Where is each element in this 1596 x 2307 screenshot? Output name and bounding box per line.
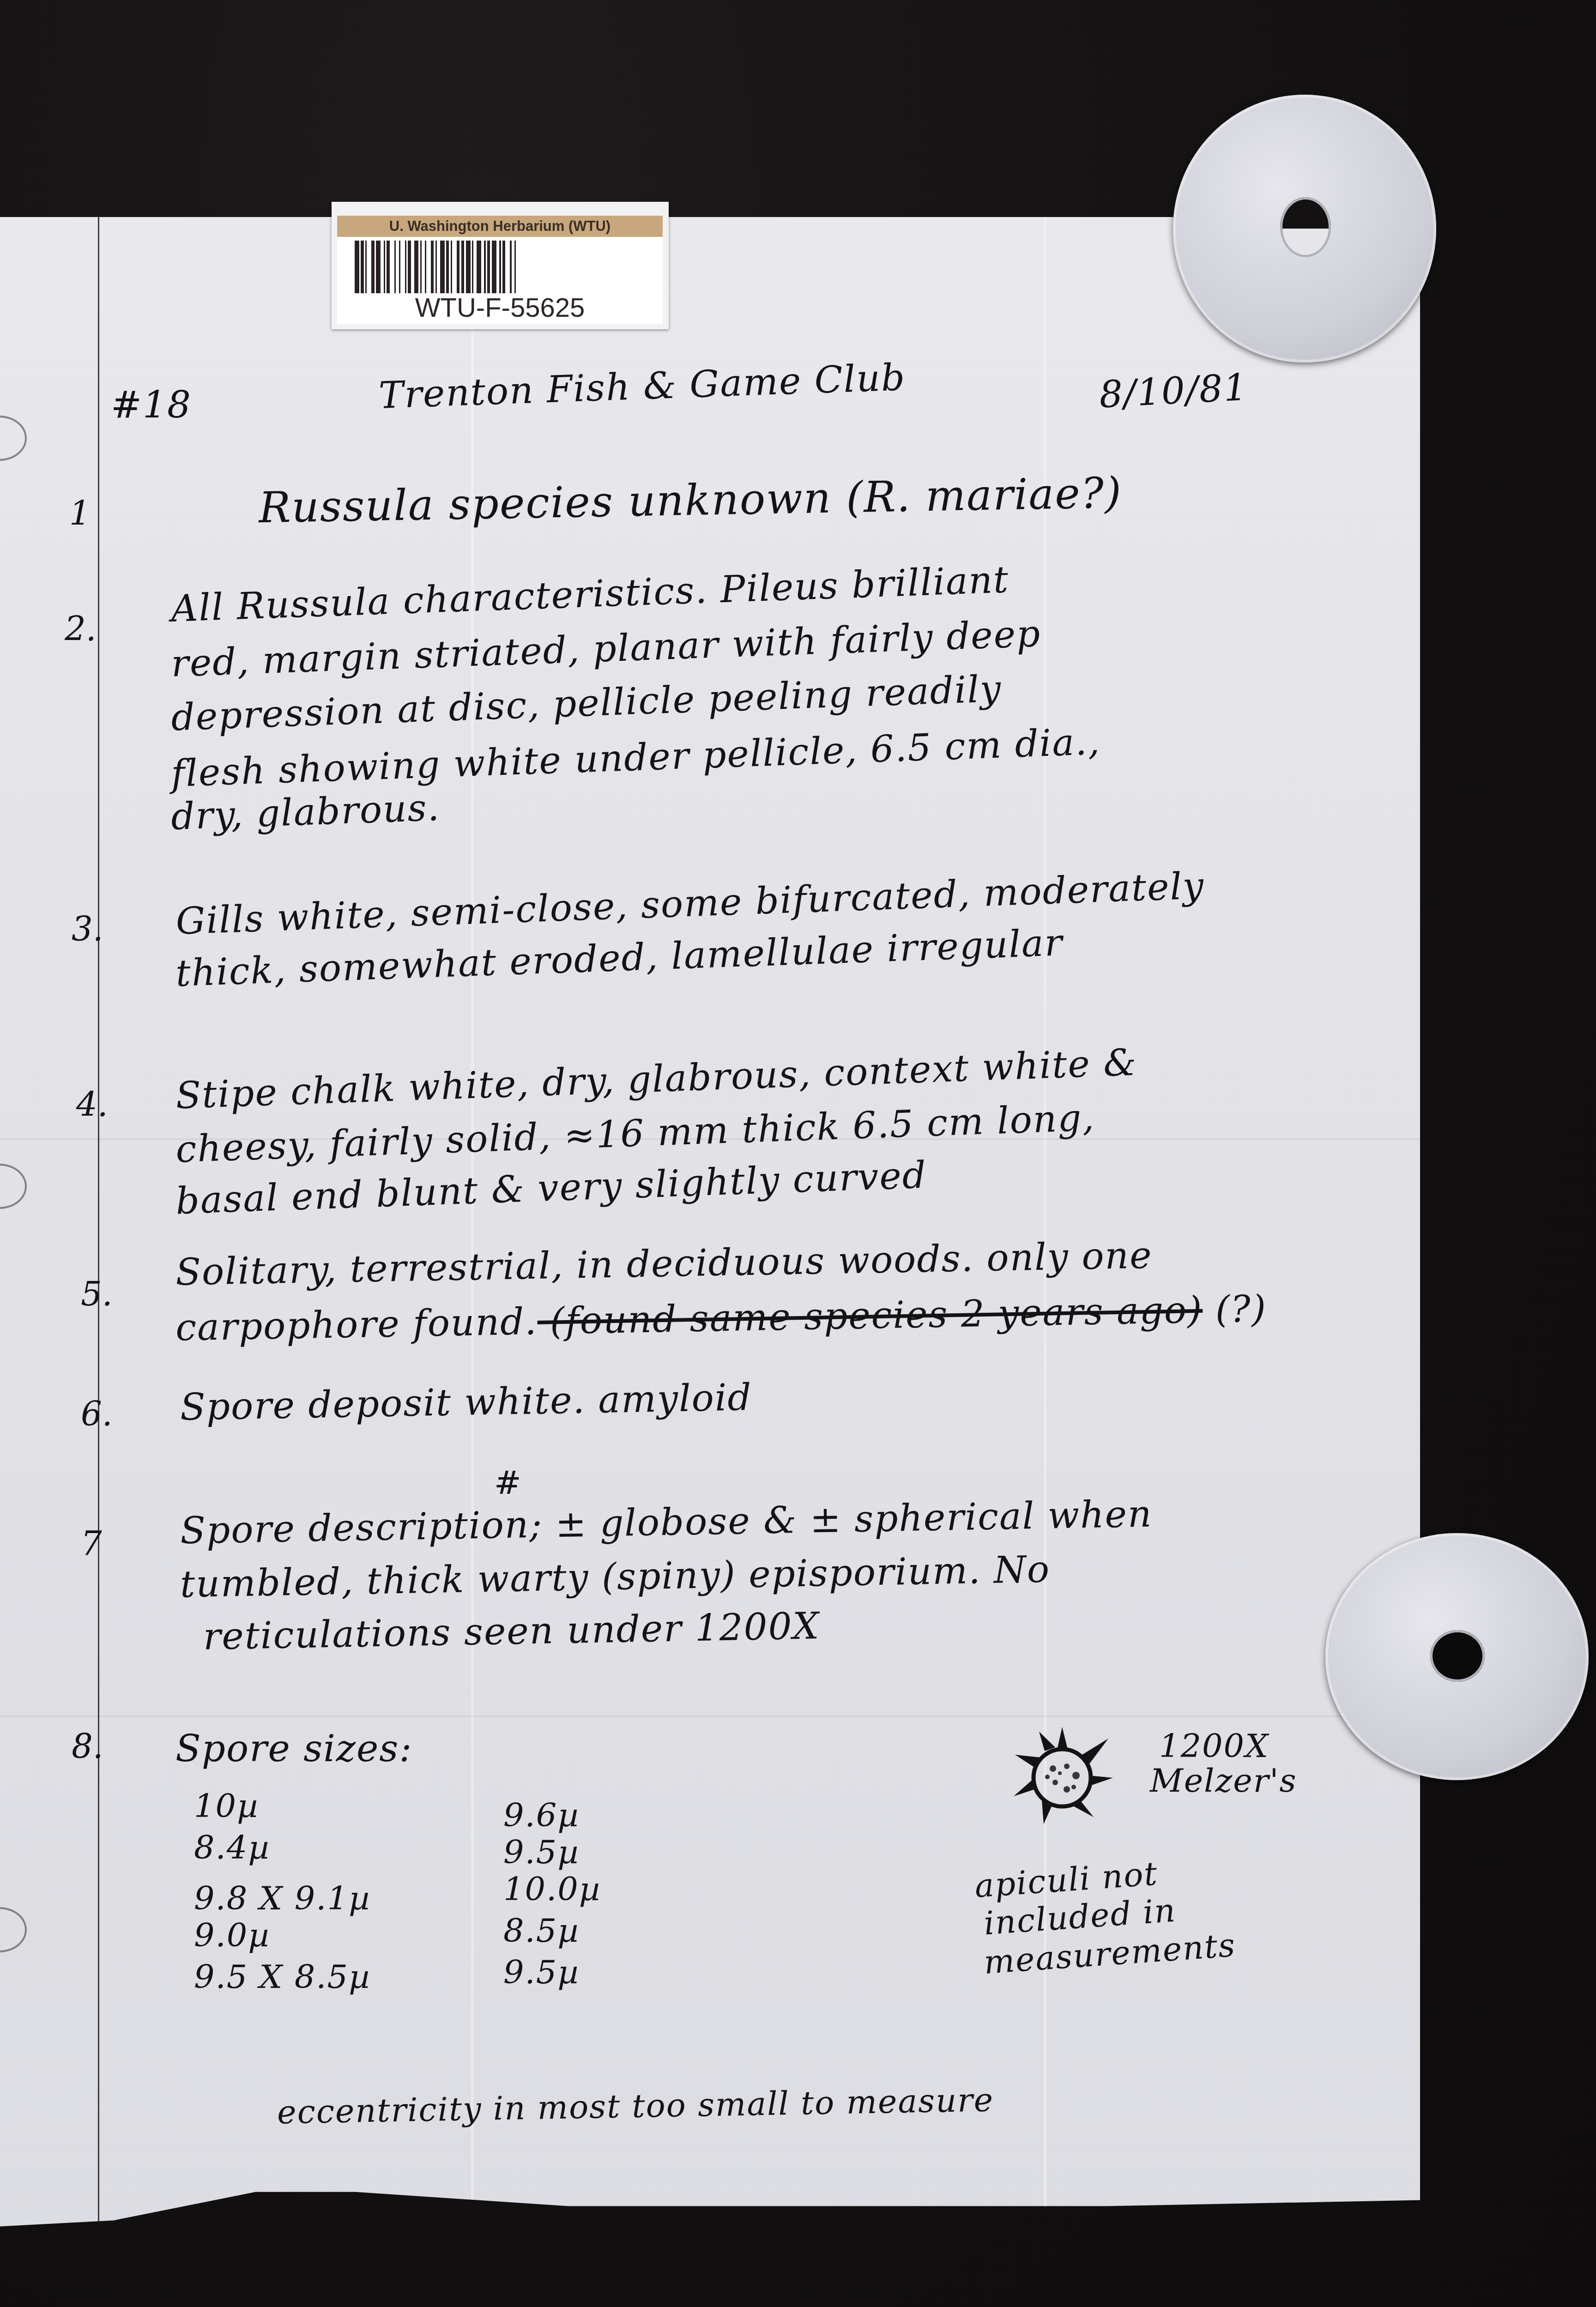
spore-measurement: 9.5µ xyxy=(503,1953,580,1991)
barcode-icon xyxy=(355,241,639,293)
washer-hole xyxy=(1430,1630,1485,1682)
metal-washer-weight xyxy=(1325,1533,1589,1780)
institution-name: U. Washington Herbarium (WTU) xyxy=(337,216,663,237)
catalog-number: WTU-F-55625 xyxy=(337,292,663,323)
reagent-label: Melzer's xyxy=(1150,1762,1297,1800)
entry-text-line: Spore sizes: xyxy=(175,1727,412,1770)
entry-number: 5. xyxy=(81,1274,113,1313)
entry-number: 2. xyxy=(65,610,97,648)
entry-number: 7 xyxy=(81,1524,102,1563)
margin-rule xyxy=(98,217,99,2226)
entry-number: 4. xyxy=(76,1085,108,1124)
collection-number: #18 xyxy=(111,383,192,426)
spore-measurement: 9.0µ xyxy=(194,1916,270,1954)
insertion-mark: # xyxy=(494,1464,522,1502)
spore-measurement: 8.5µ xyxy=(503,1912,580,1950)
punch-hole-icon xyxy=(0,416,27,461)
punch-hole-icon xyxy=(0,1907,27,1952)
spore-measurement: 9.5µ xyxy=(503,1833,580,1871)
query-mark: (?) xyxy=(1202,1287,1267,1331)
spore-measurement: 9.8 X 9.1µ xyxy=(194,1879,370,1917)
entry-number: 3. xyxy=(72,910,103,948)
spore-measurement: 8.4µ xyxy=(194,1829,270,1866)
entry-number: 1 xyxy=(69,494,91,533)
fold-line xyxy=(0,1715,1420,1717)
entry-number: 6. xyxy=(81,1395,113,1433)
spore-measurement: 10.0µ xyxy=(503,1870,601,1908)
washer-hole xyxy=(1280,197,1331,257)
entry-number: 8. xyxy=(72,1727,103,1766)
spore-measurement: 9.5 X 8.5µ xyxy=(194,1958,370,1996)
herbarium-barcode-label: U. Washington Herbarium (WTU) WTU-F-5562… xyxy=(332,202,669,329)
magnification-label: 1200X xyxy=(1159,1727,1269,1765)
collection-date: 8/10/81 xyxy=(1098,366,1249,417)
label-face: U. Washington Herbarium (WTU) WTU-F-5562… xyxy=(337,216,663,324)
metal-washer-weight xyxy=(1173,95,1436,362)
spore-measurement: 9.6µ xyxy=(503,1796,580,1834)
spiny-spore-sketch-icon xyxy=(1011,1727,1118,1824)
spore-measurement: 10µ xyxy=(194,1787,259,1825)
punch-hole-icon xyxy=(0,1164,27,1209)
